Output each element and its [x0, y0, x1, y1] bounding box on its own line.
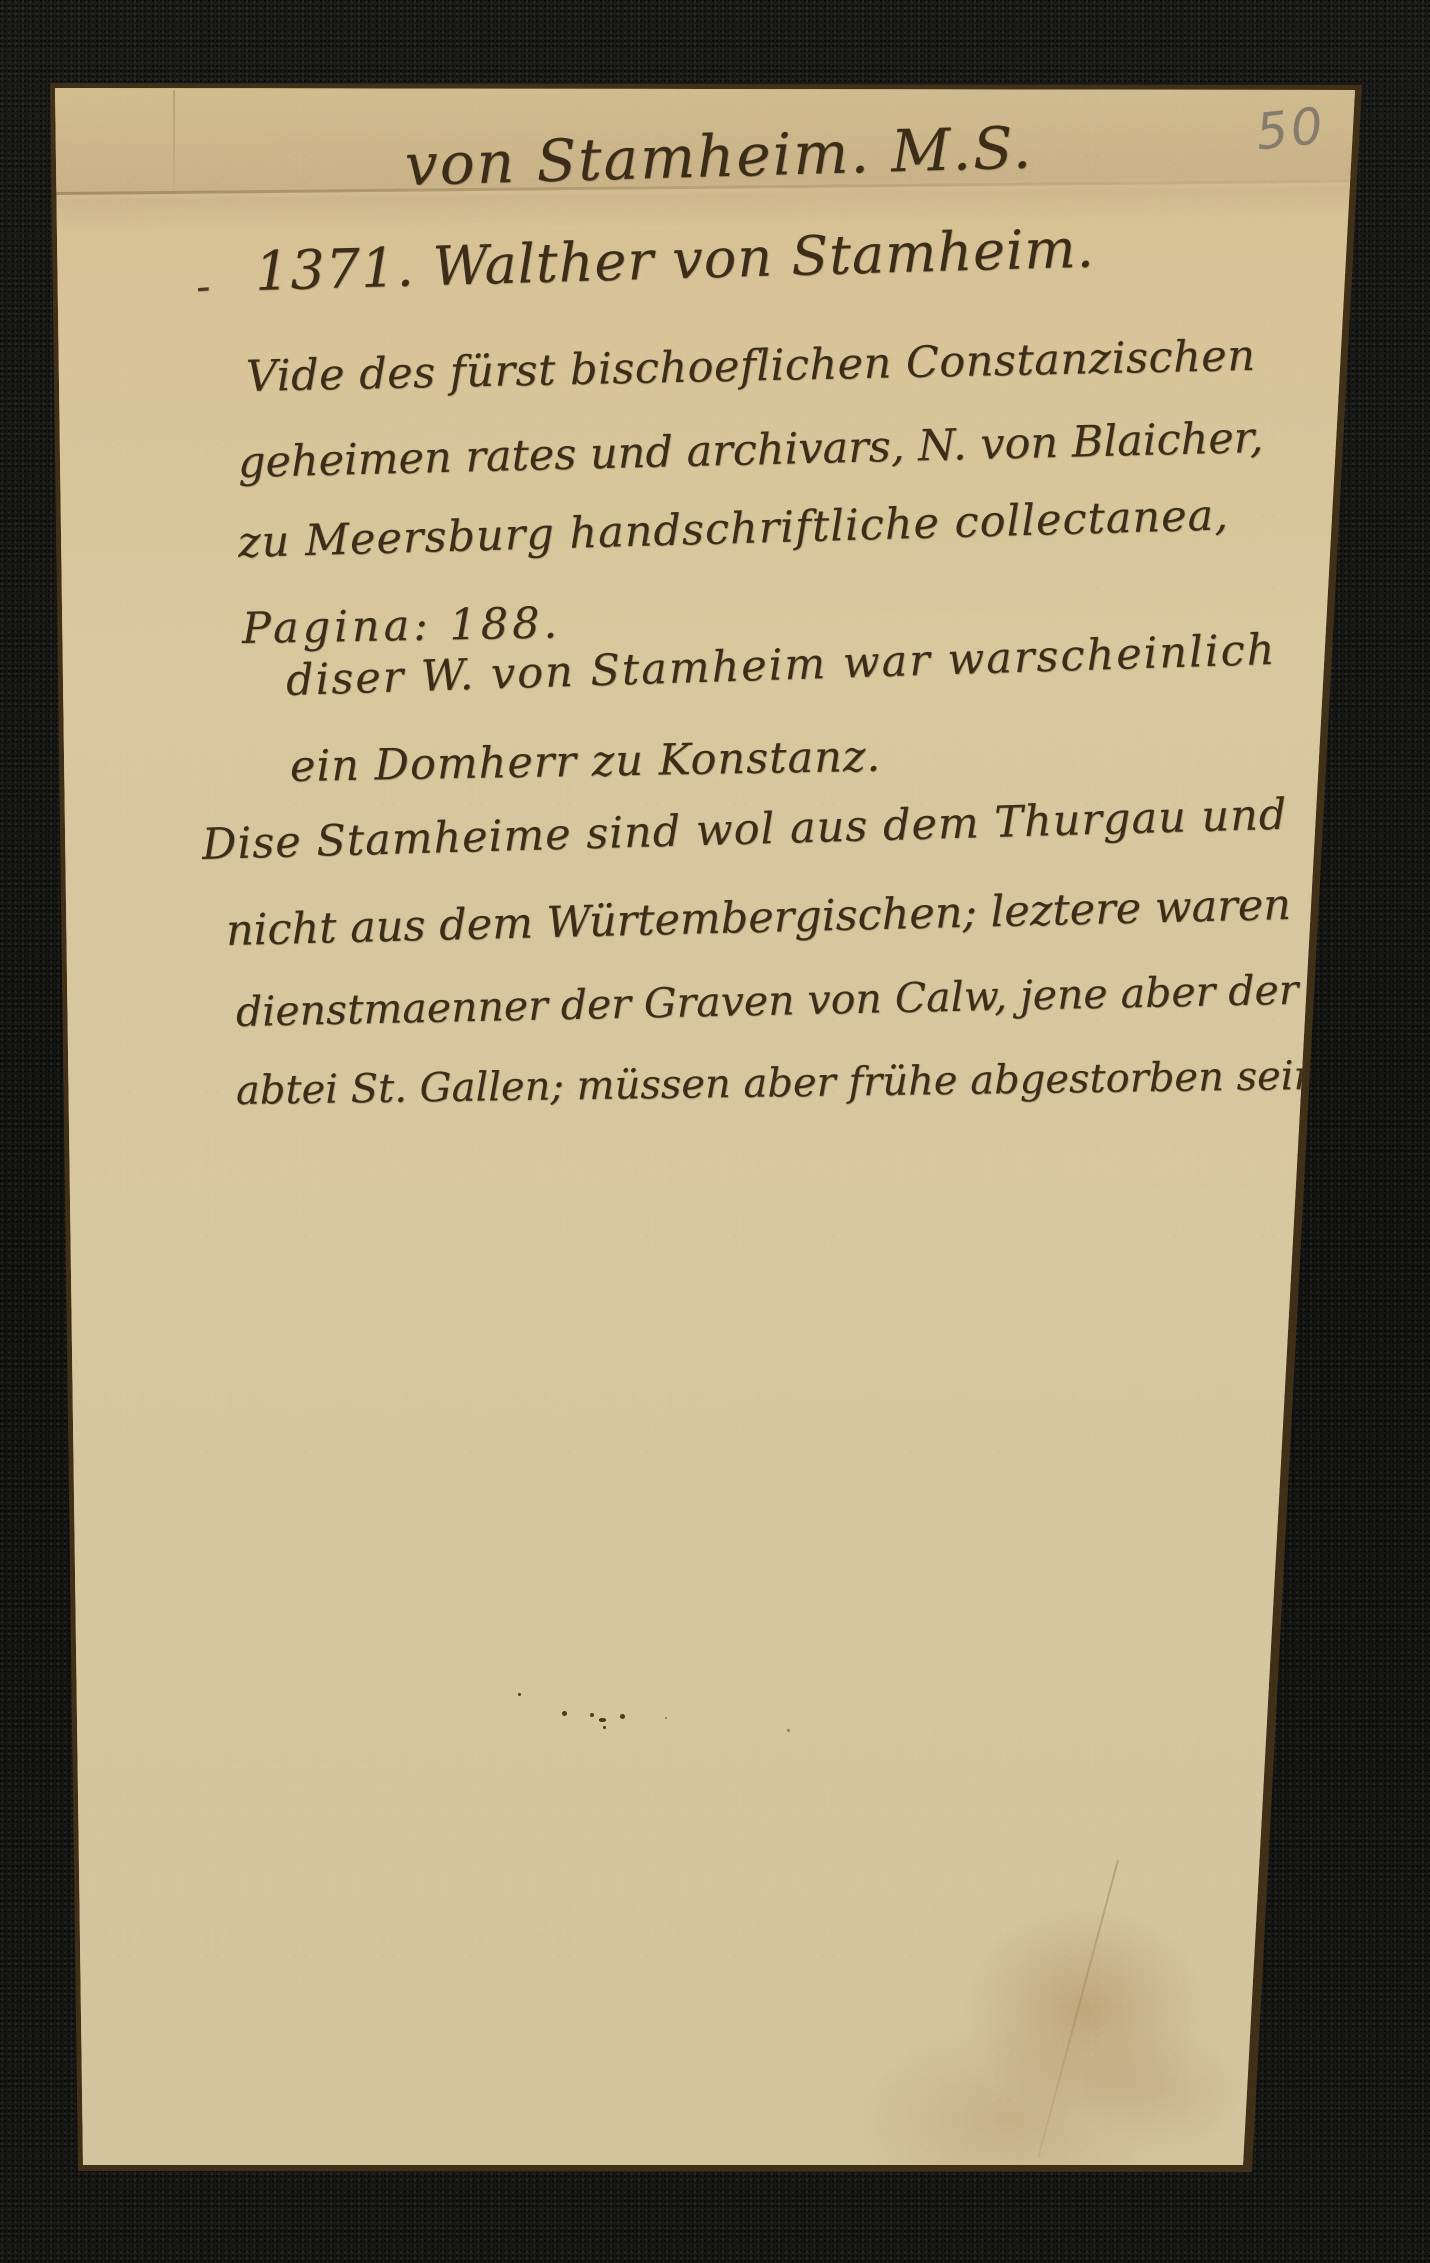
ink-speck	[518, 1693, 521, 1696]
ink-speck	[599, 1718, 606, 1722]
folio-number: 50	[1253, 97, 1328, 162]
manuscript-line: dienstmaenner der Graven von Calw, jene …	[235, 966, 1298, 1036]
manuscript-line: ein Domherr zu Konstanz.	[290, 732, 882, 792]
page-title: von Stamheim. M.S.	[404, 113, 1034, 199]
entry-heading: 1371. Walther von Stamheim.	[254, 217, 1095, 303]
manuscript-line: nicht aus dem Würtembergischen; leztere …	[225, 880, 1291, 956]
manuscript-line: Pagina: 188.	[242, 598, 562, 654]
ink-speck	[590, 1713, 594, 1717]
margin-dash: -	[194, 261, 212, 311]
manuscript-line: Vide des fürst bischoeflichen Constanzis…	[245, 331, 1255, 402]
ink-speck	[603, 1726, 606, 1729]
manuscript-page: 50 von Stamheim. M.S. - 1371. Walther vo…	[0, 0, 1430, 2263]
manuscript-line: geheimen rates und archivars, N. von Bla…	[237, 413, 1263, 488]
ink-speck	[620, 1714, 625, 1719]
photo-stage: 50 von Stamheim. M.S. - 1371. Walther vo…	[0, 0, 1430, 2263]
ink-speck	[787, 1729, 790, 1732]
manuscript-line: Dise Stamheime sind wol aus dem Thurgau …	[201, 790, 1288, 870]
manuscript-line: abtei St. Gallen; müssen aber frühe abge…	[236, 1053, 1333, 1114]
ink-speck	[562, 1711, 567, 1716]
ink-speck	[665, 1717, 667, 1719]
fold-crease-diagonal	[1037, 1860, 1119, 2158]
fold-crease-vertical	[173, 90, 175, 205]
manuscript-line: zu Meersburg handschriftliche collectane…	[237, 490, 1229, 568]
